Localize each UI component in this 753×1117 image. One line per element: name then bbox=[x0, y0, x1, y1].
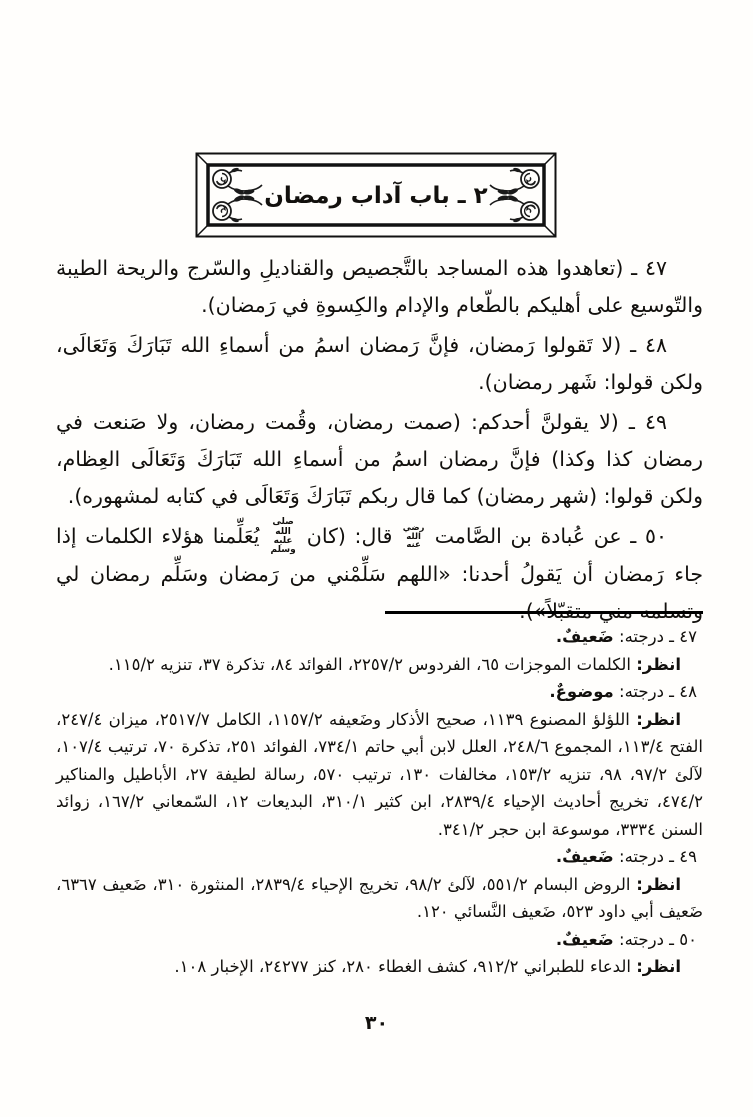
footnote-48-grade: ٤٨ ـ درجته: موضوعٌ. bbox=[56, 678, 703, 706]
references-text: الكلمات الموجزات ٦٥، الفردوس ٢٢٥٧/٢، الف… bbox=[109, 655, 631, 674]
hadith-48-text: ٤٨ ـ (لا تَقولوا رَمضان، فإنَّ رَمضان اس… bbox=[56, 333, 703, 394]
book-page: ٢ ـ باب آداب رمضان ٤٧ ـ (تعاهدوا هذه الم… bbox=[0, 0, 753, 1117]
footnote-47-refs: انظر: الكلمات الموجزات ٦٥، الفردوس ٢٢٥٧/… bbox=[56, 651, 703, 679]
see-label: انظر: bbox=[636, 710, 681, 729]
footnote-number: ٥٠ ـ bbox=[669, 930, 697, 949]
footnote-50-grade: ٥٠ ـ درجته: ضَعيفٌ. bbox=[56, 926, 703, 954]
grade-value: ضَعيفٌ. bbox=[556, 847, 614, 866]
footnote-48-refs: انظر: اللؤلؤ المصنوع ١١٣٩، صحيح الأذكار … bbox=[56, 706, 703, 844]
page-number: ٣٠ bbox=[0, 1012, 753, 1034]
grade-label: درجته: bbox=[619, 930, 664, 949]
grade-value: موضوعٌ. bbox=[549, 682, 613, 701]
footnote-50-refs: انظر: الدعاء للطبراني ٩١٢/٢، كشف الغطاء … bbox=[56, 953, 703, 981]
footnote-47-grade: ٤٧ ـ درجته: ضَعيفٌ. bbox=[56, 623, 703, 651]
sallallahu-alayhi-wasallam-icon: صلى الله عليه وسلم bbox=[268, 518, 298, 556]
footnote-separator bbox=[385, 611, 703, 614]
grade-label: درجته: bbox=[619, 627, 664, 646]
see-label: انظر: bbox=[636, 957, 681, 976]
hadith-48: ٤٨ ـ (لا تَقولوا رَمضان، فإنَّ رَمضان اس… bbox=[56, 327, 703, 401]
radi-allahu-anhu-icon: رضي الله عنه bbox=[401, 524, 426, 551]
hadith-47: ٤٧ ـ (تعاهدوا هذه المساجد بالتَّجصيص وال… bbox=[56, 250, 703, 324]
footnote-49-grade: ٤٩ ـ درجته: ضَعيفٌ. bbox=[56, 843, 703, 871]
grade-value: ضَعيفٌ. bbox=[556, 930, 614, 949]
references-text: اللؤلؤ المصنوع ١١٣٩، صحيح الأذكار وضَعيف… bbox=[56, 710, 703, 839]
grade-label: درجته: bbox=[619, 847, 664, 866]
see-label: انظر: bbox=[636, 875, 681, 894]
main-text-block: ٤٧ ـ (تعاهدوا هذه المساجد بالتَّجصيص وال… bbox=[56, 250, 703, 633]
hadith-50-text: ٥٠ ـ عن عُبادة بن الصَّامت bbox=[426, 524, 667, 548]
grade-label: درجته: bbox=[619, 682, 664, 701]
footnote-number: ٤٧ ـ bbox=[669, 627, 697, 646]
hadith-50-text: قال: (كان bbox=[298, 524, 401, 548]
see-label: انظر: bbox=[636, 655, 681, 674]
footnote-number: ٤٨ ـ bbox=[669, 682, 697, 701]
chapter-title: ٢ ـ باب آداب رمضان bbox=[195, 152, 557, 238]
chapter-header-box: ٢ ـ باب آداب رمضان bbox=[195, 152, 557, 238]
hadith-47-text: ٤٧ ـ (تعاهدوا هذه المساجد بالتَّجصيص وال… bbox=[56, 256, 703, 317]
footnotes-block: ٤٧ ـ درجته: ضَعيفٌ. انظر: الكلمات الموجز… bbox=[56, 623, 703, 981]
hadith-49: ٤٩ ـ (لا يقولنَّ أحدكم: (صمت رمضان، وقُم… bbox=[56, 404, 703, 515]
footnote-49-refs: انظر: الروض البسام ٥٥١/٢، لآلئ ٩٨/٢، تخر… bbox=[56, 871, 703, 926]
footnote-number: ٤٩ ـ bbox=[669, 847, 697, 866]
references-text: الروض البسام ٥٥١/٢، لآلئ ٩٨/٢، تخريج الإ… bbox=[56, 875, 703, 922]
grade-value: ضَعيفٌ. bbox=[556, 627, 614, 646]
hadith-49-text: ٤٩ ـ (لا يقولنَّ أحدكم: (صمت رمضان، وقُم… bbox=[56, 410, 703, 508]
references-text: الدعاء للطبراني ٩١٢/٢، كشف الغطاء ٢٨٠، ك… bbox=[174, 957, 631, 976]
